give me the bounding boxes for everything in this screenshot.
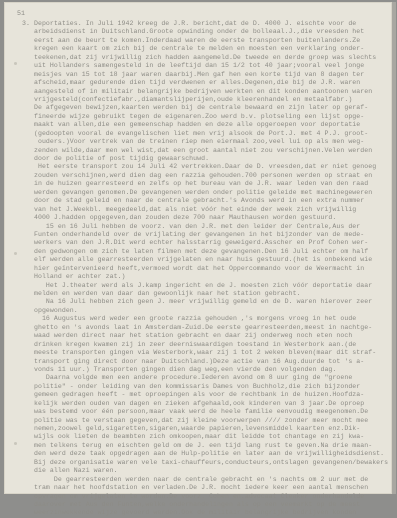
text-line: door de politie of post tijdig gewaarsch… bbox=[34, 155, 394, 163]
page-number: 51 bbox=[17, 10, 25, 17]
typewritten-page: 51 3. Deportaties. In Juli 1942 kreeg de… bbox=[4, 2, 392, 494]
text-line: den gedwongen om zich te laten filmen me… bbox=[34, 248, 394, 256]
text-line: kelijk werden ouden van dagen en zieken … bbox=[34, 400, 394, 408]
text-line: fineerde wijze gebruikt tegen de eigenar… bbox=[34, 113, 394, 121]
text-line: kregen een kaart om zich bij de centrale… bbox=[34, 45, 394, 53]
text-line: meeste transporten gingen via Westerbork… bbox=[34, 349, 394, 357]
text-line: meisjes van 15 tot 18 jaar waren daarbij… bbox=[34, 71, 394, 79]
text-line: aangesteld of in militair belangrijke be… bbox=[34, 88, 394, 96]
text-line: Het eerste transport zou 14 Juli 42 vert… bbox=[34, 163, 394, 171]
text-line: afscheid,maar gedurende dien tijd verdwe… bbox=[34, 79, 394, 87]
text-line: 4000 J.hadden opgegeven,dan zouden deze … bbox=[34, 214, 394, 222]
text-line: waad werden direct naar het station gebr… bbox=[34, 332, 394, 340]
punch-hole-mark bbox=[14, 252, 17, 255]
text-line: in de huizen gearresteerd en zelfs op he… bbox=[34, 180, 394, 188]
text-line: opgewonden. bbox=[34, 307, 394, 315]
text-line: den werd deze taak opgedragen aan de Hul… bbox=[34, 450, 394, 458]
text-line: Na 16 Juli hebben zich geen J. meer vrij… bbox=[34, 298, 394, 306]
text-line: (gedoopten vooral de evangelischen liet … bbox=[34, 130, 394, 138]
punch-hole-mark bbox=[14, 62, 17, 65]
section-marker: 3. bbox=[22, 20, 30, 27]
text-line: opvragen om vrijgelaten te worden.De voo… bbox=[34, 493, 394, 501]
text-line: vrijgesteld(confectiefabr.,diamantslijpe… bbox=[34, 96, 394, 104]
text-line: Funten onderhandeld over de vrijlating d… bbox=[34, 231, 394, 239]
punch-hole-mark bbox=[14, 442, 17, 445]
text-line: melden en werden van daar dan gewoonlijk… bbox=[34, 290, 394, 298]
text-line: ouders.)Voor vertrek van de treinen riep… bbox=[34, 138, 394, 146]
text-line: Daarna volgde men een andere procedure.I… bbox=[34, 374, 394, 382]
text-line: werden gevangen genomen.De gevangenen we… bbox=[34, 189, 394, 197]
text-line: politie was te verstaan gegeven,dat zij … bbox=[34, 417, 394, 425]
text-line: van het J.Weekbl. meegedeeld,dat als nie… bbox=[34, 206, 394, 214]
text-line: wijls ook lieten de beambten zich omkoop… bbox=[34, 433, 394, 441]
text-line: was bestemd voor één persoon,maar vaak w… bbox=[34, 408, 394, 416]
text-line: tram naar het hoofdstation en verladen.D… bbox=[34, 484, 394, 492]
text-line: nemen,zoowel geld,sigaretten,sigaren,waa… bbox=[34, 425, 394, 433]
text-line: die allen Nazi waren. bbox=[34, 467, 394, 475]
text-line: maakt van allen,die een gemeenschap hadd… bbox=[34, 121, 394, 129]
text-line: transport ging direct door naar Duitschl… bbox=[34, 358, 394, 366]
text-line: 15 en 16 Juli hebben de voorz. van den J… bbox=[34, 223, 394, 231]
text-line: werkers van den J.R.Dit werd echter hals… bbox=[34, 239, 394, 247]
text-line: Het J.theater werd als J.kamp ingericht … bbox=[34, 282, 394, 290]
text-line: Deportaties. In Juli 1942 kreeg de J.R. … bbox=[34, 20, 394, 28]
text-line: eerst aan de beurt te komen.Inderdaad wa… bbox=[34, 37, 394, 45]
text-line: ghetto en 's avonds laat in Amsterdam-Zu… bbox=[34, 324, 394, 332]
text-line: zenden wilde,daar men wel wist,dat een g… bbox=[34, 147, 394, 155]
text-line: 16 Augustus werd weder een groote razzia… bbox=[34, 315, 394, 323]
text-line: vonds 11 uur.) Transporten gingen dien d… bbox=[34, 366, 394, 374]
document-body: Deportaties. In Juli 1942 kreeg de J.R. … bbox=[34, 20, 394, 500]
text-line: gemeen gedragen heeft - met oproepingen … bbox=[34, 391, 394, 399]
text-line: teekenen,dat zij vrijwillig zich hadden … bbox=[34, 54, 394, 62]
text-line: hier geïntervenieerd heeft,vermoed wordt… bbox=[34, 265, 394, 273]
text-line: Bij deze organisatie waren vele taxi-cha… bbox=[34, 459, 394, 467]
text-line: De gearresteerden werden naar de central… bbox=[34, 476, 394, 484]
text-line: politie" - onder leiding van den kommiss… bbox=[34, 383, 394, 391]
text-line: De afgegeven bewijzen,kaarten werden bij… bbox=[34, 104, 394, 112]
text-line: arbeidsdienst in Duitschland.Groote opwi… bbox=[34, 28, 394, 36]
scan-frame: 51 3. Deportaties. In Juli 1942 kreeg de… bbox=[0, 0, 397, 500]
text-line: zouden verschijnen,werd dien dag een raz… bbox=[34, 172, 394, 180]
text-line: door de stad geleid en naar de centrale … bbox=[34, 197, 394, 205]
text-line: elf werden alle gearresteerden vrijgelat… bbox=[34, 256, 394, 264]
text-line: men telkens terug en eischten geld om de… bbox=[34, 442, 394, 450]
text-line: Holland er achter zat.) bbox=[34, 273, 394, 281]
text-line: drinken kregen kwamen zij in zeer deerni… bbox=[34, 341, 394, 349]
text-line: uit Hollanders samengesteld in de leefti… bbox=[34, 62, 394, 70]
